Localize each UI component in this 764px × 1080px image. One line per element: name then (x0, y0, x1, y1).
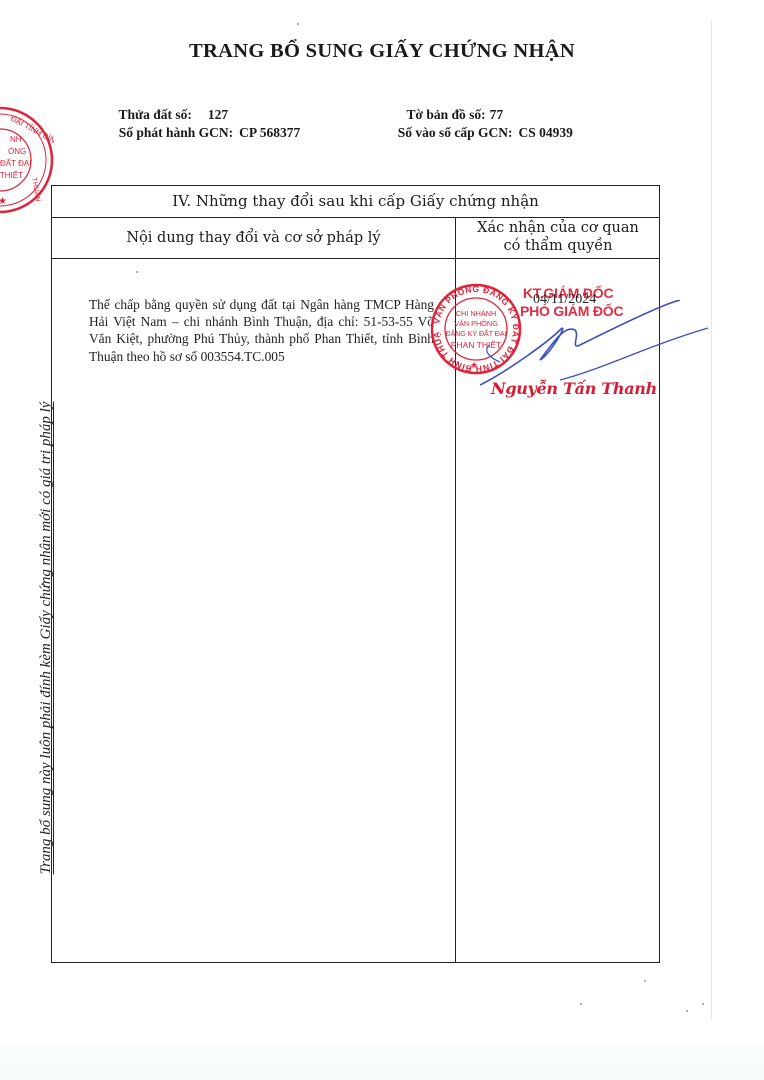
signature-scribble (480, 300, 710, 390)
svg-text:ĐẤT ĐẠI: ĐẤT ĐẠI (0, 158, 31, 168)
header-rule (52, 258, 659, 259)
column-header-confirmation-line2: có thẩm quyền (504, 238, 613, 254)
signer-name: Nguyễn Tấn Thanh (491, 379, 657, 398)
page-edge (711, 20, 712, 1020)
change-entry-content: Thế chấp bằng quyền sử dụng đất tại Ngân… (89, 296, 434, 365)
corner-stamp: ĐẠI TỈNH BÌNH NH ÒNG ĐẤT ĐẠI N THIẾT THU… (0, 100, 54, 218)
scan-margin (0, 1045, 764, 1080)
register-number-value: CS 04939 (519, 125, 573, 140)
svg-text:NH: NH (10, 135, 22, 144)
svg-text:★: ★ (0, 196, 7, 207)
scan-speck (297, 23, 299, 25)
column-header-confirmation-line1: Xác nhận của cơ quan (477, 220, 639, 236)
document-title: TRANG BỔ SUNG GIẤY CHỨNG NHẬN (0, 40, 764, 63)
issue-number: Số phát hành GCN:CP 568377 (112, 109, 300, 141)
scan-speck (136, 271, 138, 273)
svg-text:★: ★ (470, 360, 478, 370)
scan-speck (580, 1003, 582, 1005)
issue-number-label: Số phát hành GCN: (119, 125, 233, 140)
register-number-label: Số vào sổ cấp GCN: (398, 125, 513, 140)
column-header-content: Nội dung thay đổi và cơ sở pháp lý (52, 218, 455, 258)
svg-text:N THIẾT: N THIẾT (0, 170, 23, 180)
column-header-confirmation: Xác nhận của cơ quan có thẩm quyền (456, 218, 660, 259)
scan-speck (702, 1003, 704, 1005)
issue-number-value: CP 568377 (239, 125, 300, 140)
register-number: Số vào sổ cấp GCN:CS 04939 (391, 109, 573, 141)
section-title: IV. Những thay đổi sau khi cấp Giấy chứn… (52, 186, 659, 218)
scan-speck (686, 1010, 688, 1012)
scan-speck (644, 980, 646, 982)
svg-text:ÒNG: ÒNG (8, 147, 26, 156)
